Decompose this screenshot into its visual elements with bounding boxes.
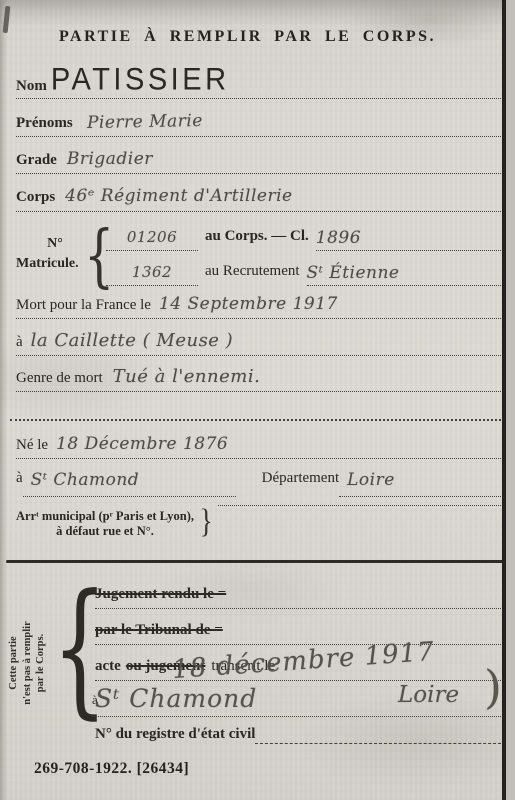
mort-lieu-value: la Caillette ( Meuse ) <box>31 330 234 351</box>
arr-label-line1: Arrᵗ municipal (pʳ Paris et Lyon), <box>16 509 194 524</box>
form-reference-number: 269-708-1922. [26434] <box>34 760 189 778</box>
ne-value: 18 Décembre 1876 <box>56 434 228 454</box>
genre-leader <box>260 366 501 391</box>
matricule-label-no: N° <box>16 236 94 252</box>
ne-leader <box>228 434 501 458</box>
matricule-recrut-number: 1362 <box>132 263 172 281</box>
matricule-recrut-number-seg: 1362 <box>106 263 198 286</box>
matricule-corps-number: 01206 <box>127 228 177 246</box>
corps-leader <box>293 186 501 211</box>
form-title: PARTIE À REMPLIR PAR LE CORPS. <box>0 28 495 46</box>
ne-lieu-label: à <box>16 470 23 487</box>
field-row-jugement: Jugement rendu le = <box>95 586 501 609</box>
genre-value: Tué à l'ennemi. <box>113 366 261 387</box>
matricule-row-recrutement: 1362 au Recrutement Sᵗ Étienne <box>106 263 501 285</box>
scan-edge-left <box>0 0 7 800</box>
registre-label: N° du registre d'état civil <box>95 726 255 743</box>
field-row-genre: Genre de mort Tué à l'ennemi. <box>16 366 501 392</box>
prenoms-label: Prénoms <box>16 115 73 132</box>
jugement-leader <box>226 586 501 608</box>
field-row-tribunal: par le Tribunal de = <box>95 622 501 645</box>
arr-blank-seg <box>218 505 501 506</box>
departement-value: Loire <box>347 470 395 490</box>
tribunal-leader <box>223 622 501 644</box>
field-row-registre: N° du registre d'état civil <box>95 726 501 748</box>
corps-label: Corps <box>16 189 55 206</box>
acte-dept-value: Loire <box>398 682 459 708</box>
tribunal-label: par le Tribunal de = <box>95 622 223 639</box>
mort-label: Mort pour la France le <box>16 297 151 314</box>
ne-lieu-seg: Sᵗ Chamond <box>23 470 236 497</box>
mort-lieu-leader <box>233 330 501 355</box>
matricule-corps-number-seg: 01206 <box>106 228 198 251</box>
field-row-nom: Nom PATISSIER <box>16 64 501 99</box>
section-divider-dotted <box>10 419 505 421</box>
nom-value: PATISSIER <box>51 62 230 98</box>
field-row-grade: Grade Brigadier <box>16 149 501 174</box>
nom-label: Nom <box>16 78 47 98</box>
matricule-label: N° Matricule. <box>16 236 94 272</box>
departement-seg: Loire <box>339 470 501 497</box>
jugement-label: Jugement rendu le = <box>95 586 226 603</box>
prenoms-value: Pierre Marie <box>86 111 202 133</box>
field-row-mort: Mort pour la France le 14 Septembre 1917 <box>16 294 501 319</box>
sidenote-line2: n'est pas à remplir <box>21 587 35 739</box>
matricule-recrut-label: au Recrutement <box>198 263 307 280</box>
mort-leader <box>338 294 501 318</box>
ne-label: Né le <box>16 437 48 454</box>
matricule-classe-value: 1896 <box>316 228 361 248</box>
sidenote-line1: Cette partie <box>7 587 21 739</box>
scan-edge-right <box>506 0 515 800</box>
arr-brace: } <box>200 507 213 537</box>
field-row-naissance: à Sᵗ Chamond Département Loire <box>16 470 501 496</box>
acte-closing-paren: ) <box>484 660 502 714</box>
field-row-prenoms: Prénoms Pierre Marie <box>16 112 501 137</box>
military-death-record-form: PARTIE À REMPLIR PAR LE CORPS. Nom PATIS… <box>0 0 515 800</box>
matricule-recrut-place: Sᵗ Étienne <box>307 263 400 283</box>
sidenote-line3: par le Corps. <box>34 587 48 739</box>
grade-leader <box>153 149 501 173</box>
departement-label: Département <box>262 470 339 487</box>
field-row-arrondissement: Arrᵗ municipal (pʳ Paris et Lyon), à déf… <box>16 505 501 539</box>
field-row-mort-lieu: à la Caillette ( Meuse ) <box>16 330 501 356</box>
matricule-row-corps: 01206 au Corps. — Cl. 1896 <box>106 228 501 250</box>
field-row-corps: Corps 46ᵉ Régiment d'Artillerie <box>16 186 501 212</box>
prenoms-leader <box>202 112 501 136</box>
acte-lieu-value: Sᵗ Chamond <box>95 684 257 713</box>
matricule-recrut-place-seg: Sᵗ Étienne <box>307 263 501 286</box>
matricule-label-name: Matricule. <box>16 256 94 272</box>
sidenote-not-for-corps: Cette partie n'est pas à remplir par le … <box>7 587 53 739</box>
nom-leader <box>230 64 501 98</box>
ne-lieu-value: Sᵗ Chamond <box>31 470 140 490</box>
genre-label: Genre de mort <box>16 370 103 387</box>
mort-lieu-label: à <box>16 334 23 351</box>
grade-label: Grade <box>16 152 57 169</box>
mort-value: 14 Septembre 1917 <box>159 294 338 314</box>
registre-leader <box>255 726 501 744</box>
grade-value: Brigadier <box>67 149 153 169</box>
matricule-classe-seg: 1896 <box>316 228 501 251</box>
arr-label: Arrᵗ municipal (pʳ Paris et Lyon), à déf… <box>16 509 194 539</box>
acte-word: acte <box>95 658 121 675</box>
arr-label-line2: à défaut rue et N°. <box>16 524 194 539</box>
matricule-corps-suffix: au Corps. — Cl. <box>198 228 316 245</box>
corps-value: 46ᵉ Régiment d'Artillerie <box>65 186 292 206</box>
field-row-ne: Né le 18 Décembre 1876 <box>16 434 501 459</box>
